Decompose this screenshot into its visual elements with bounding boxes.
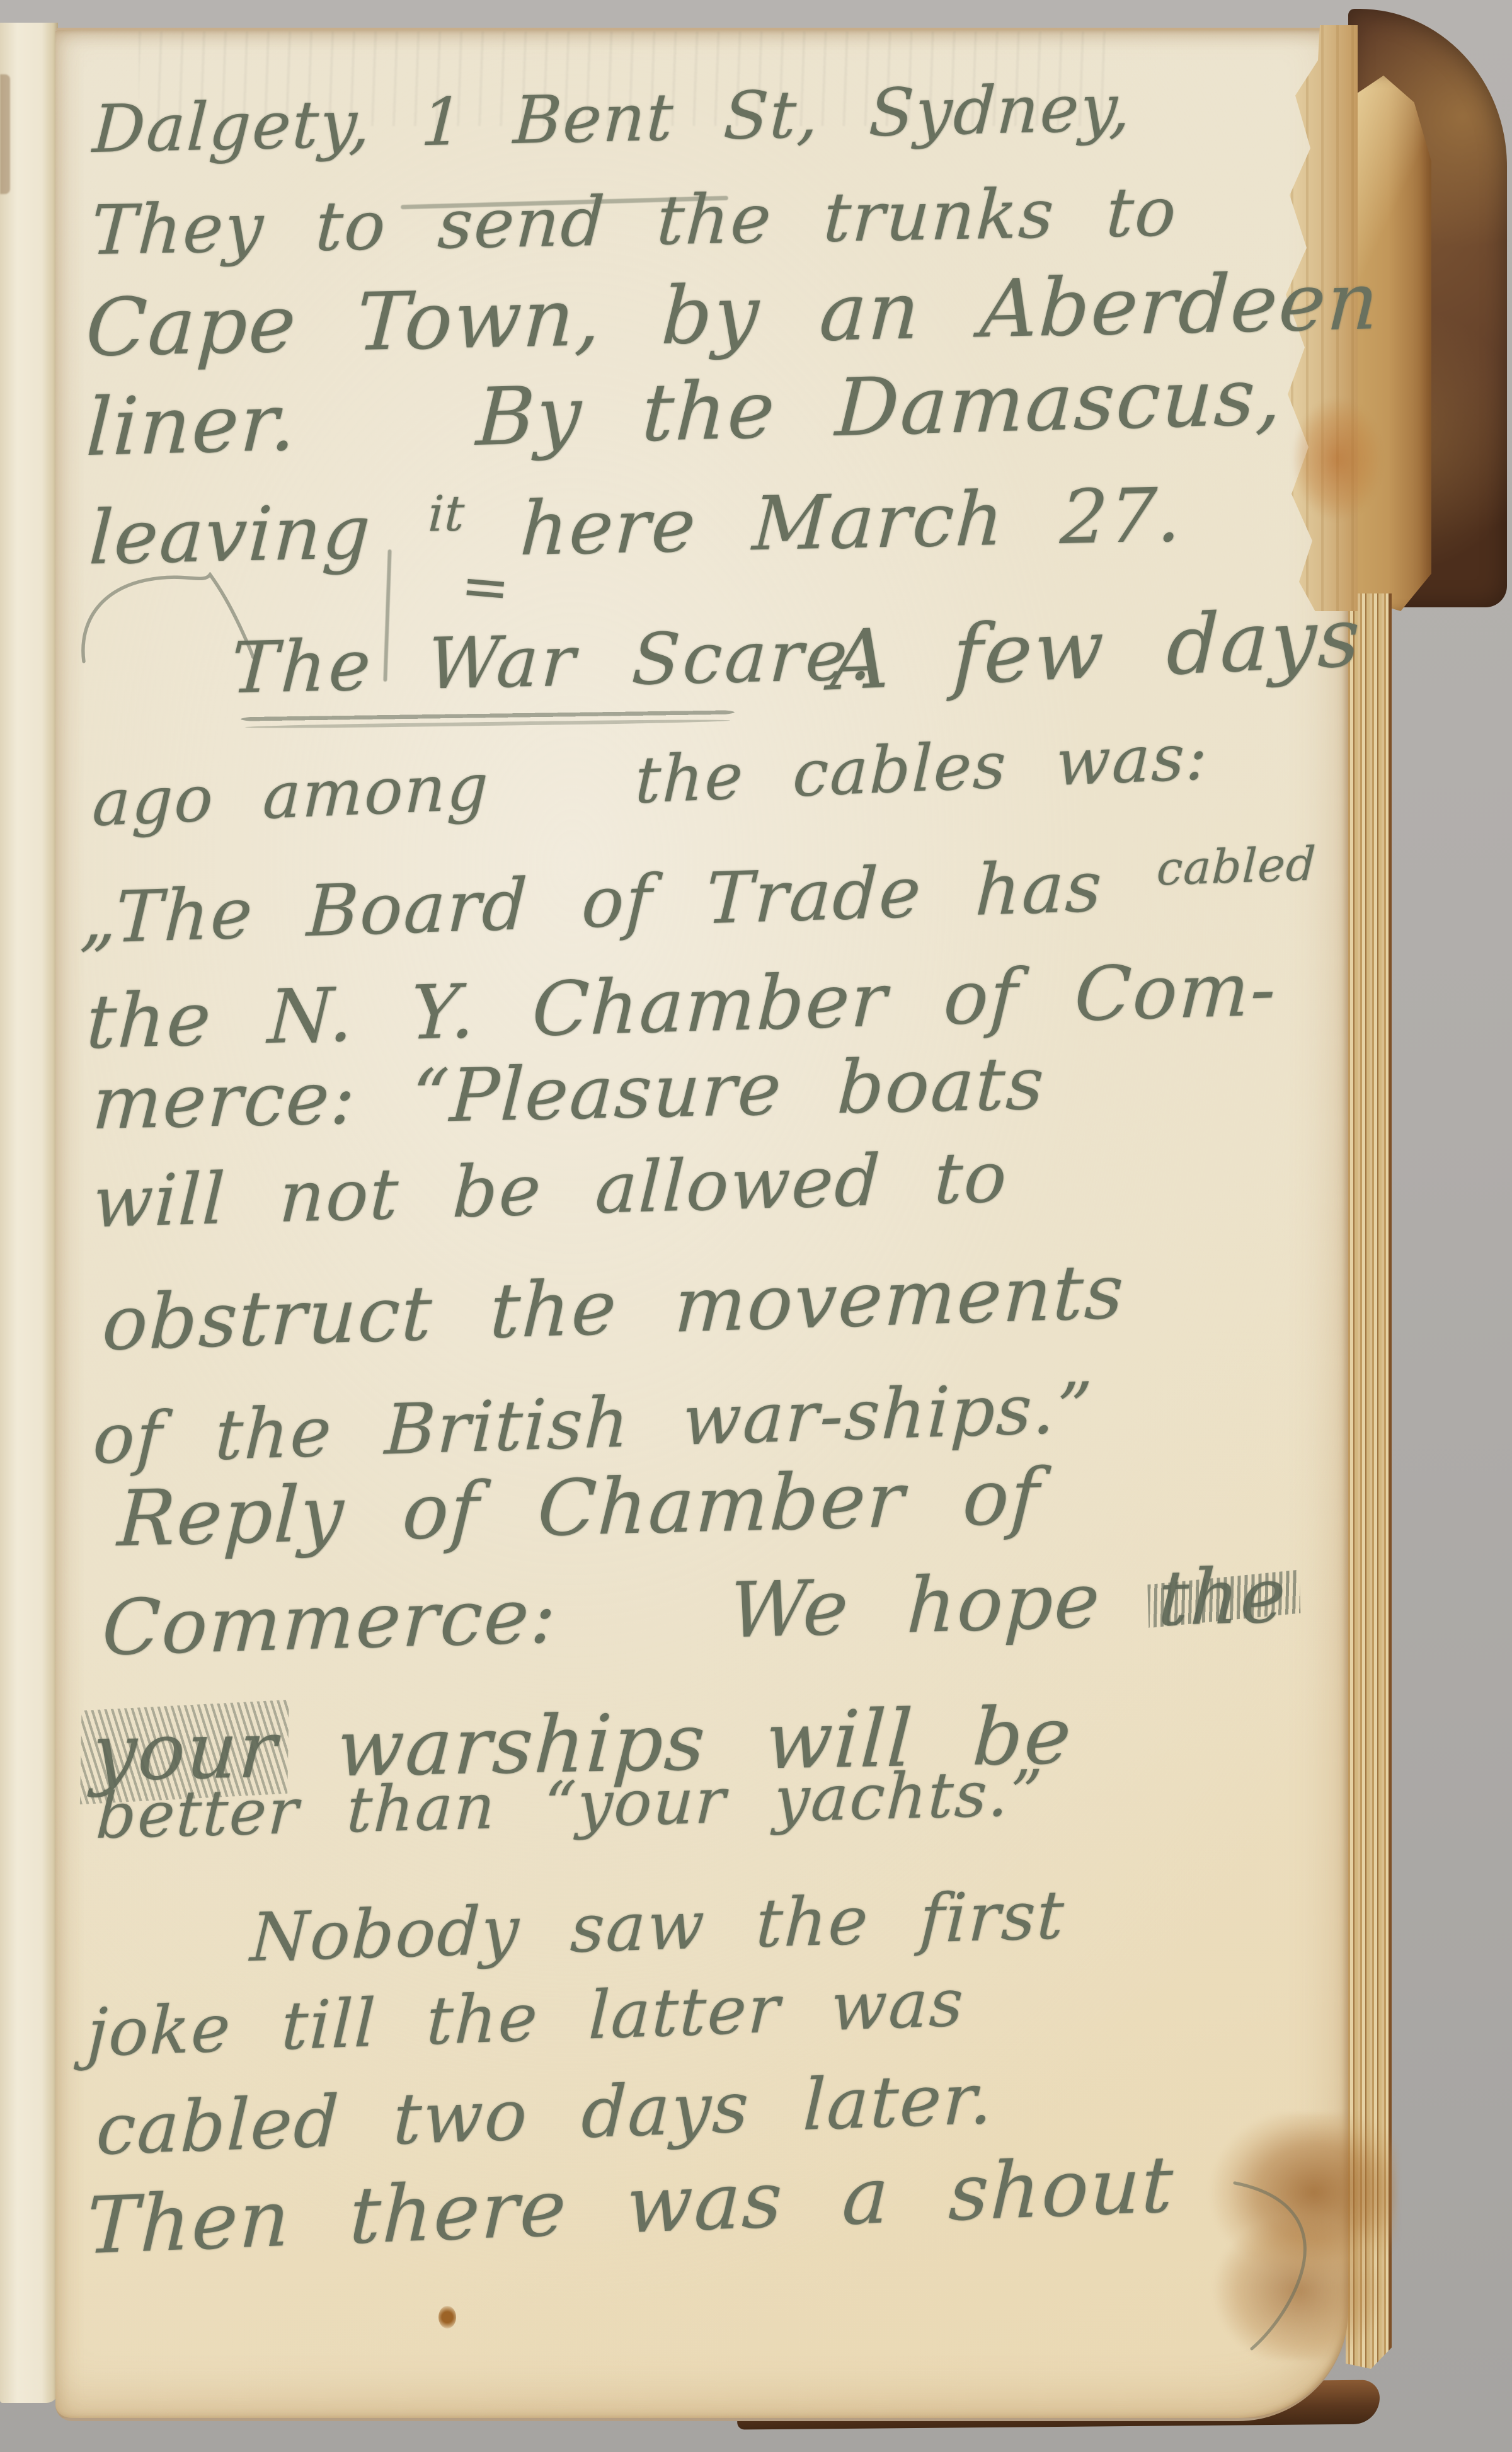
- handwritten-line: They to send the trunks to: [89, 175, 1179, 269]
- margin-curve-mark: [74, 572, 282, 667]
- word: Commerce: We hope: [100, 1554, 1160, 1673]
- handwritten-line: joke till the latter was: [86, 1966, 966, 2070]
- handwritten-line: liner. By the Damascus,: [84, 353, 1285, 472]
- word: „The Board of Trade has: [79, 844, 1158, 960]
- handwritten-line: Commerce: We hope the: [100, 1553, 1288, 1670]
- handwritten-line: Dalgety, 1 Bent St, Sydney,: [91, 71, 1133, 165]
- heading-side-note: A few days: [829, 592, 1362, 707]
- handwritten-text: The War Scare. A few days Dalgety, 1 Ben…: [0, 0, 1512, 2452]
- handwritten-line: „The Board of Trade has cabled: [79, 839, 1317, 958]
- handwritten-line: obstruct the movements: [101, 1251, 1126, 1366]
- handwritten-line: will not be allowed to: [91, 1138, 1009, 1242]
- word-inserted: it: [427, 486, 467, 543]
- word: here March 27.: [462, 471, 1184, 573]
- handwritten-line: the N. Y. Chamber of Com-: [85, 948, 1279, 1063]
- handwritten-line: ago among the cables was:: [91, 722, 1210, 840]
- notebook-photo: = The War Scare. A few days Dalgety, 1 B…: [0, 0, 1512, 2452]
- flourish-stroke: [1200, 2161, 1364, 2363]
- handwritten-line: merce: “Pleasure boats: [91, 1043, 1047, 1143]
- word: leaving: [87, 487, 430, 581]
- handwritten-line: leaving it here March 27.: [87, 473, 1184, 580]
- word-scratched: the: [1157, 1553, 1289, 1641]
- word-sup: cabled: [1155, 837, 1317, 896]
- section-heading: The War Scare.: [229, 617, 877, 708]
- handwritten-line: Nobody saw the first: [249, 1879, 1067, 1975]
